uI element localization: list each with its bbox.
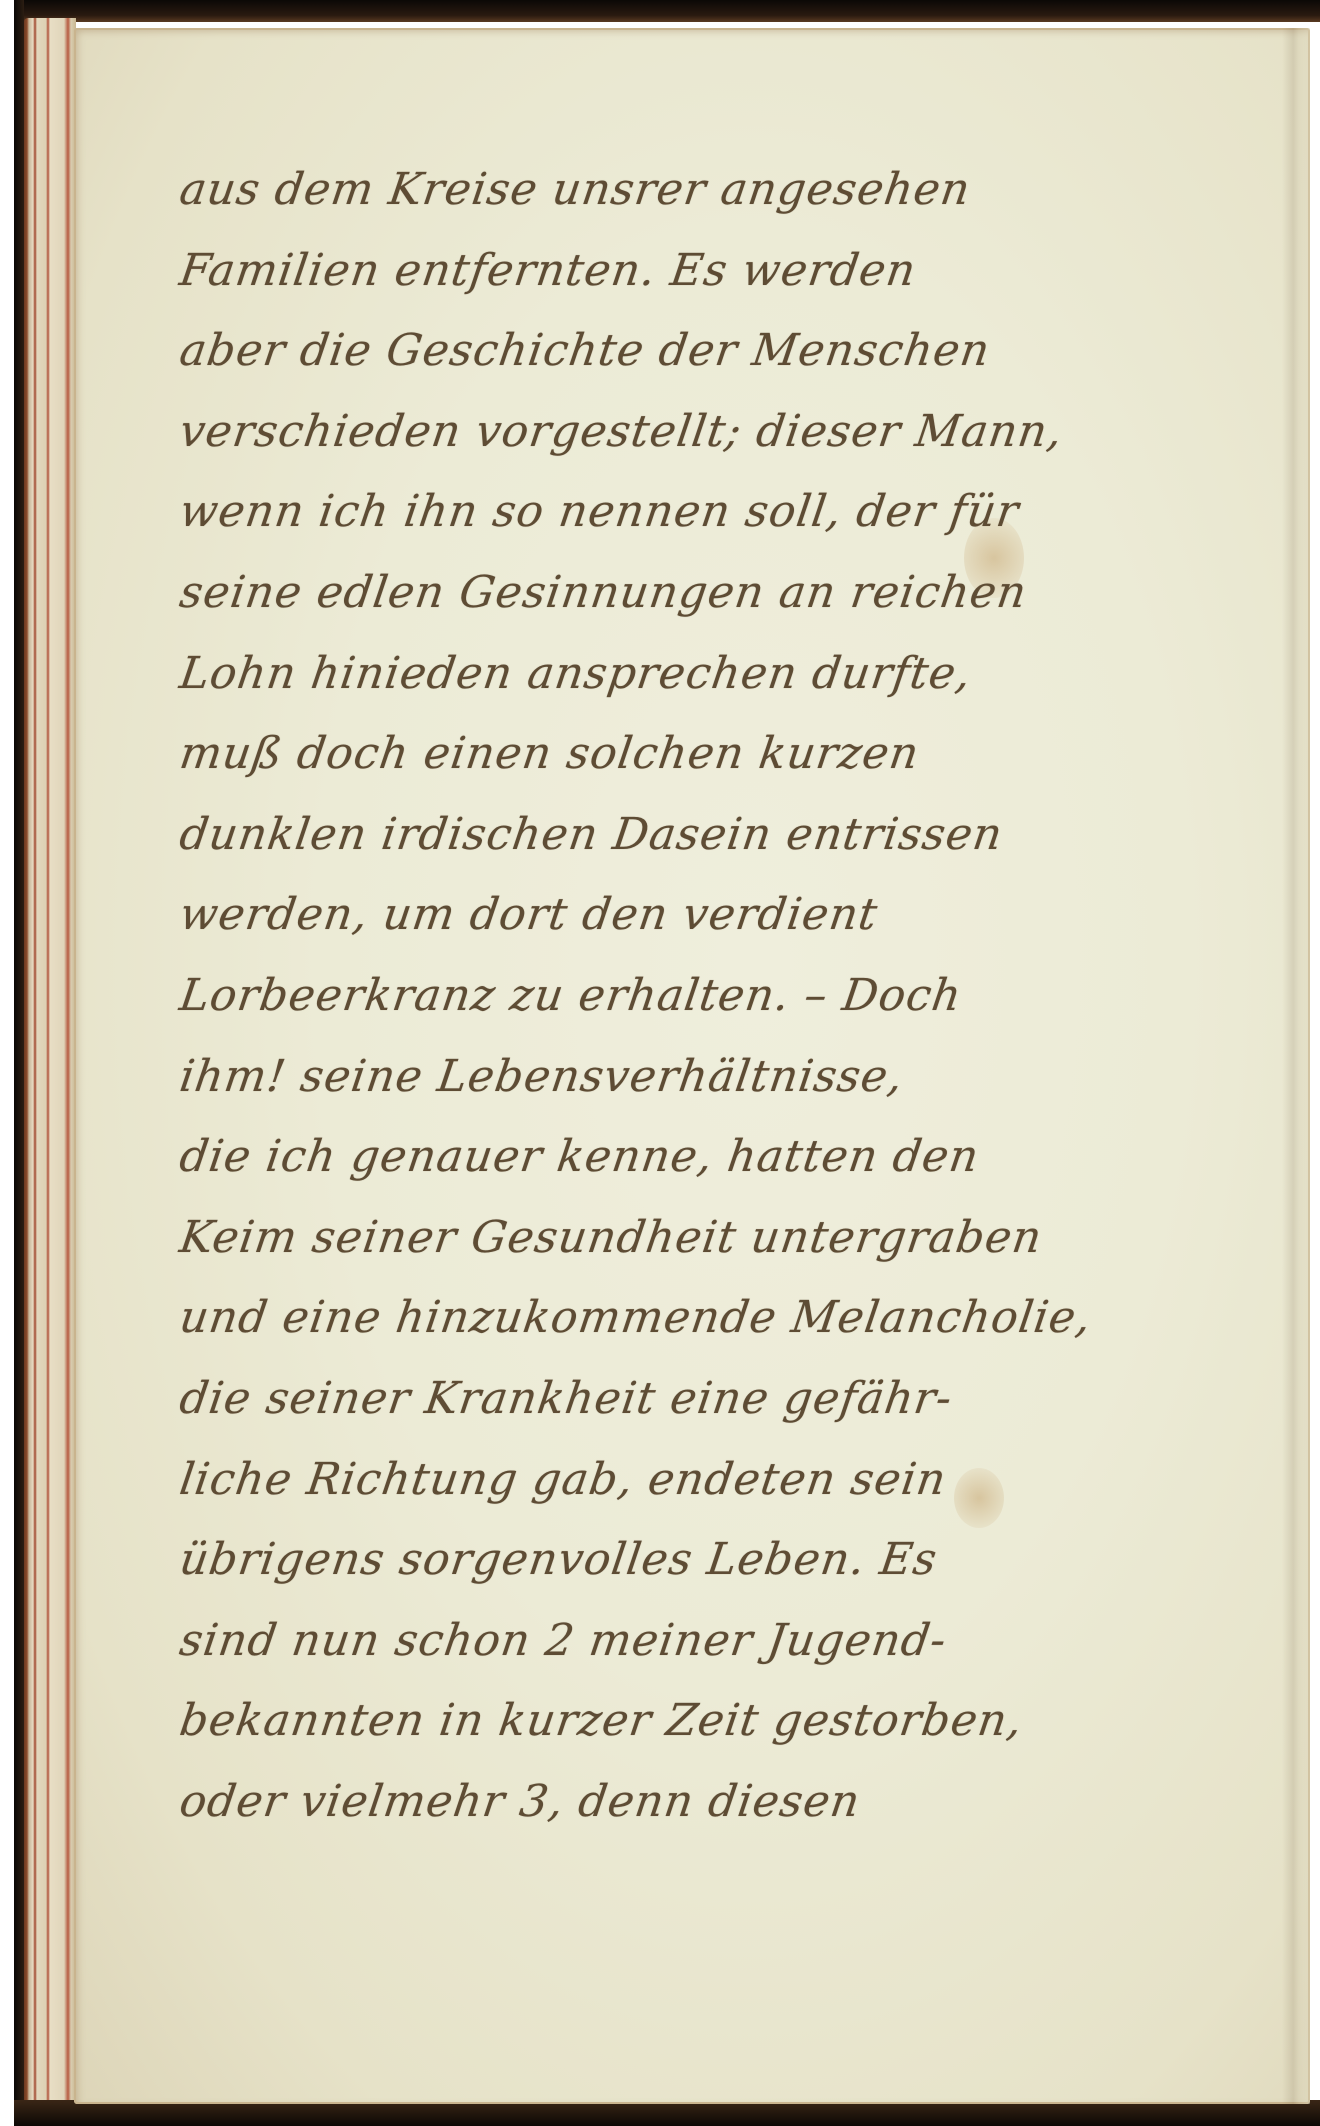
manuscript-line: seine edlen Gesinnungen an reichen [174,553,1185,634]
manuscript-line: bekannten in kurzer Zeit gestorben, [174,1681,1185,1762]
handwritten-text-block: aus dem Kreise unsrer angesehen Familien… [180,150,1180,1842]
manuscript-line: verschieden vorgestellt; dieser Mann, [174,392,1185,473]
manuscript-line: oder vielmehr 3, denn diesen [174,1762,1185,1843]
manuscript-line: und eine hinzukommende Melancholie, [174,1278,1185,1359]
manuscript-line: Lohn hinieden ansprechen durfte, [174,634,1185,715]
manuscript-line: die ich genauer kenne, hatten den [174,1117,1185,1198]
page-fold-shadow [1282,28,1310,2104]
manuscript-line: Familien entfernten. Es werden [174,231,1185,312]
manuscript-line: sind nun schon 2 meiner Jugend- [174,1601,1185,1682]
manuscript-line: liche Richtung gab, endeten sein [174,1440,1185,1521]
manuscript-line: ihm! seine Lebensverhältnisse, [174,1037,1185,1118]
manuscript-line: aus dem Kreise unsrer angesehen [174,150,1185,231]
manuscript-line: Lorbeerkranz zu erhalten. – Doch [174,956,1185,1037]
manuscript-line: werden, um dort den verdient [174,875,1185,956]
manuscript-line: muß doch einen solchen kurzen [174,714,1185,795]
manuscript-line: wenn ich ihn so nennen soll, der für [174,472,1185,553]
manuscript-line: dunklen irdischen Dasein entrissen [174,795,1185,876]
manuscript-line: Keim seiner Gesundheit untergraben [174,1198,1185,1279]
book-cover-top-edge [14,0,1320,22]
manuscript-scan: aus dem Kreise unsrer angesehen Familien… [0,0,1320,2126]
book-cover-left-edge [14,0,24,2126]
manuscript-line: aber die Geschichte der Menschen [174,311,1185,392]
manuscript-line: die seiner Krankheit eine gefähr- [174,1359,1185,1440]
manuscript-line: übrigens sorgenvolles Leben. Es [174,1520,1185,1601]
stacked-page-edges [24,18,76,2108]
